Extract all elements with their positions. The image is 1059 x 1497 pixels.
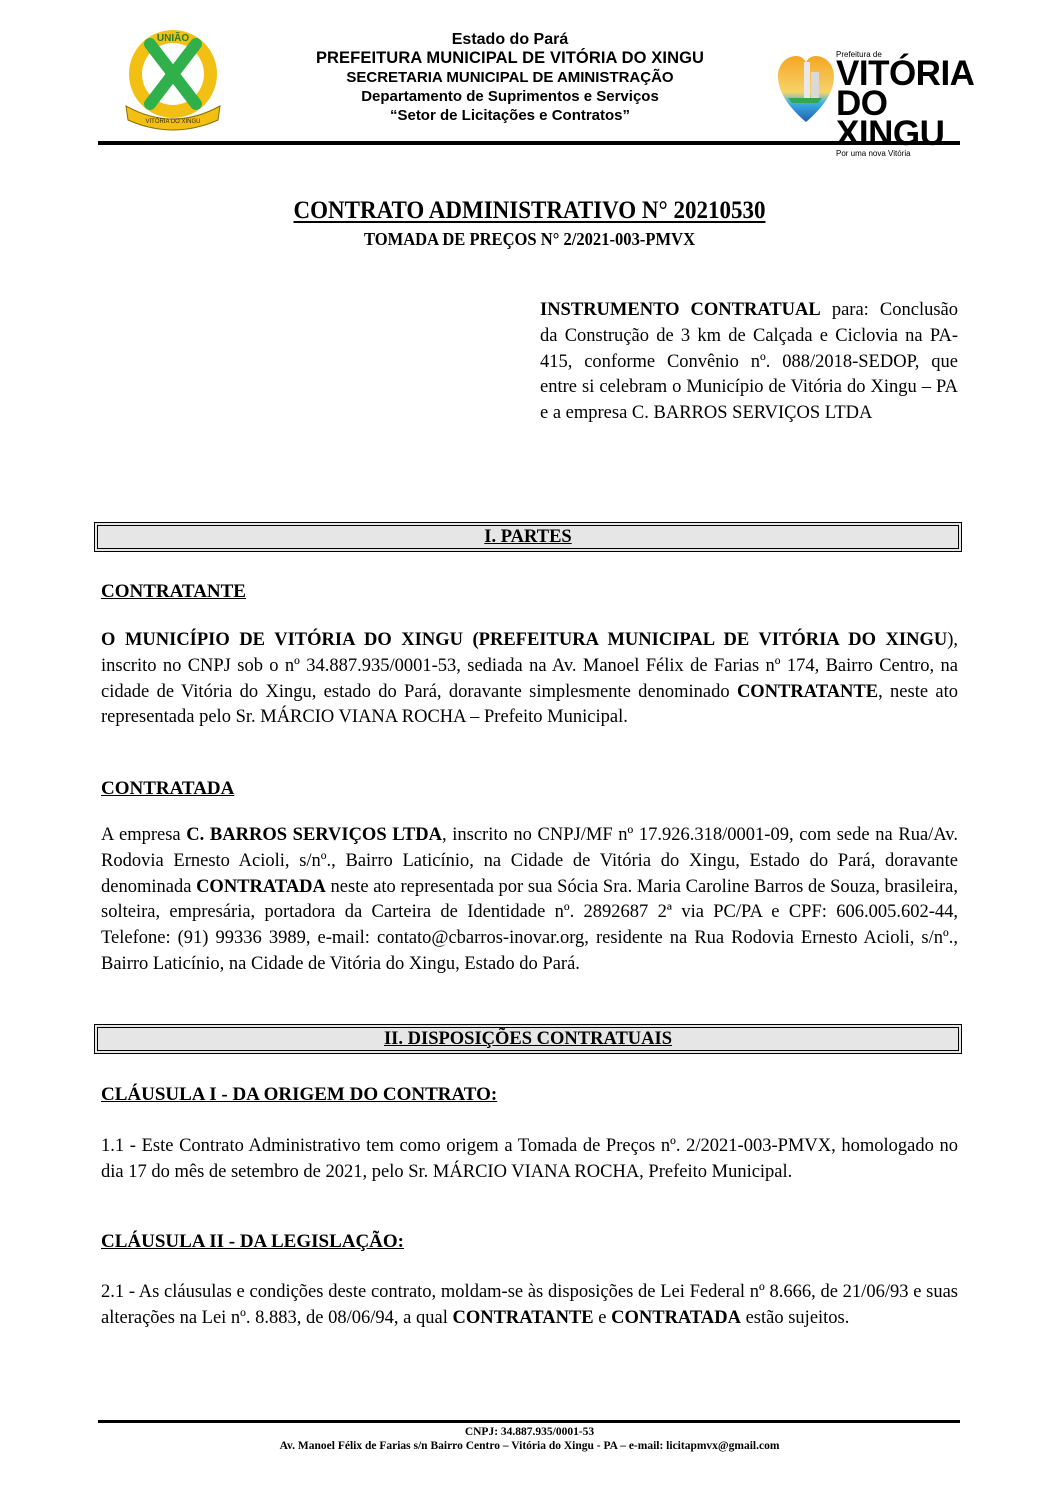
secretariat-name: SECRETARIA MUNICIPAL DE AMINISTRAÇÃO: [250, 68, 770, 87]
letterhead-text: Estado do Pará PREFEITURA MUNICIPAL DE V…: [250, 30, 770, 125]
clausula-2-heading: CLÁUSULA II - DA LEGISLAÇÃO:: [101, 1230, 404, 1254]
contratada-heading: CONTRATADA: [101, 777, 234, 801]
document-subtitle: TOMADA DE PREÇOS N° 2/2021-003-PMVX: [42, 228, 1016, 250]
state-name: Estado do Pará: [250, 30, 770, 49]
section-title: II. DISPOSIÇÕES CONTRATUAIS: [384, 1029, 672, 1049]
brand-tagline: Por uma nova Vitória: [836, 149, 974, 158]
department-name: Departamento de Suprimentos e Serviços: [250, 87, 770, 106]
section-title: I. PARTES: [484, 527, 571, 547]
svg-text:UNIÃO: UNIÃO: [157, 31, 189, 44]
page-footer: CNPJ: 34.887.935/0001-53 Av. Manoel Féli…: [0, 1425, 1059, 1453]
document-title: CONTRATO ADMINISTRATIVO N° 20210530: [42, 196, 1016, 226]
city-brand-logo: Prefeitura de VITÓRIA DO XINGU Por uma n…: [776, 50, 966, 130]
contratante-paragraph: O MUNICÍPIO DE VITÓRIA DO XINGU (PREFEIT…: [101, 628, 958, 731]
contratada-paragraph: A empresa C. BARROS SERVIÇOS LTDA, inscr…: [101, 823, 958, 978]
municipal-coat-of-arms-icon: UNIÃO VITÓRIA DO XINGU: [118, 24, 228, 136]
footer-address: Av. Manoel Félix de Farias s/n Bairro Ce…: [0, 1439, 1059, 1453]
clausula-1-paragraph: 1.1 - Este Contrato Administrativo tem c…: [101, 1134, 958, 1186]
document-title-block: CONTRATO ADMINISTRATIVO N° 20210530 TOMA…: [0, 196, 1059, 250]
sector-name: “Setor de Licitações e Contratos”: [250, 106, 770, 125]
clausula-2-paragraph: 2.1 - As cláusulas e condições deste con…: [101, 1280, 958, 1332]
contratante-heading: CONTRATANTE: [101, 580, 246, 604]
instrument-lead: INSTRUMENTO CONTRATUAL: [540, 300, 821, 320]
svg-text:VITÓRIA DO XINGU: VITÓRIA DO XINGU: [145, 118, 200, 125]
municipality-name: PREFEITURA MUNICIPAL DE VITÓRIA DO XINGU: [250, 49, 770, 68]
brand-line-2: DO XINGU: [836, 89, 974, 149]
letterhead: UNIÃO VITÓRIA DO XINGU Estado do Pará PR…: [0, 0, 1059, 150]
instrument-summary: INSTRUMENTO CONTRATUAL para: Conclusão d…: [540, 298, 958, 427]
section-header-partes: I. PARTES: [94, 522, 962, 552]
footer-divider: [98, 1420, 960, 1423]
footer-cnpj: CNPJ: 34.887.935/0001-53: [0, 1425, 1059, 1439]
section-header-disposicoes: II. DISPOSIÇÕES CONTRATUAIS: [94, 1024, 962, 1054]
header-divider: [98, 141, 960, 145]
clausula-1-heading: CLÁUSULA I - DA ORIGEM DO CONTRATO:: [101, 1083, 497, 1107]
